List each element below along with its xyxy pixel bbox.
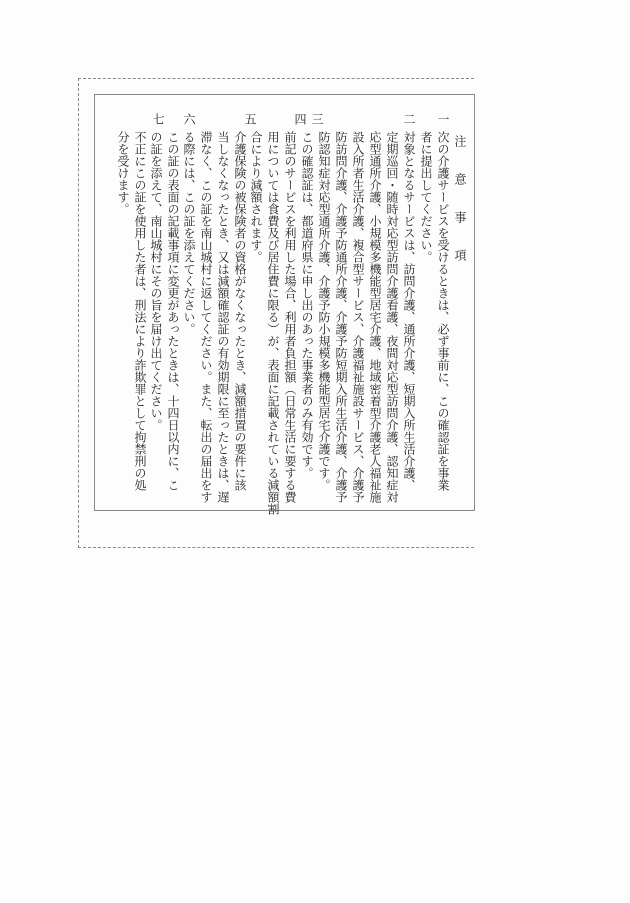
item-1-line-1: 次の介護サービスを受けるときは、必ず事前に、この確認証を事業 [436,131,450,491]
item-2-line-4: 設入所者生活介護、複合型サービス、介護福祉施設サービス、介護予 [351,131,365,503]
notice-box: 注 意 事 項 一 次の介護サービスを受けるときは、必ず事前に、この確認証を事業… [94,94,475,511]
item-7-line-2: 分を受けます。 [116,131,130,215]
item-3-line-1: この確認証は、都道府県に申し出のあった事業者のみ有効です。 [300,131,314,479]
item-4-line-1: 前記のサービスを利用した場合、利用者負担額（日常生活に要する費 [283,131,297,503]
item-numeral-1: 一 [436,113,450,125]
item-numeral-2: 二 [402,113,416,125]
item-2-line-6: 防認知症対応型通所介護、介護予防小規模多機能型居宅介護です。 [317,131,331,491]
item-1-line-2: 者に提出してください。 [419,131,433,263]
item-5-line-1: 介護保険の被保険者の資格がなくなったとき、減額措置の要件に該 [233,131,247,491]
item-7-line-1: 不正にこの証を使用した者は、刑法により詐欺罪として拘禁刑の処 [133,131,147,491]
item-numeral-4: 四 [293,113,307,125]
item-numeral-7: 七 [151,113,165,125]
item-2-line-2: 定期巡回・随時対応型訪問介護看護、夜間対応型訪問介護、認知症対 [385,131,399,503]
item-numeral-3: 三 [310,113,324,125]
item-5-line-2: 当しなくなったとき、又は減額確認証の有効期限に至ったときは、遅 [216,131,230,503]
item-5-line-4: る際には、この証を添えてください。 [182,131,196,335]
notes-section: 注 意 事 項 一 次の介護サービスを受けるときは、必ず事前に、この確認証を事業… [95,95,474,510]
item-4-line-3: 合により減額されます。 [249,131,263,263]
item-6-line-1: この証の表面の記載事項に変更があったときは、十四日以内に、こ [166,131,180,491]
item-numeral-5: 五 [243,113,257,125]
item-numeral-6: 六 [182,113,196,125]
notes-title: 注 意 事 項 [453,135,467,268]
item-2-line-3: 応型通所介護、小規模多機能型居宅介護、地域密着型介護老人福祉施 [368,131,382,503]
item-2-line-5: 防訪問介護、介護予防通所介護、介護予防短期入所生活介護、介護予 [334,131,348,503]
item-6-line-2: の証を添えて、南山城村にその旨を届け出てください。 [149,131,163,431]
item-2-line-1: 対象となるサービスは、訪問介護、通所介護、短期入所生活介護、 [402,131,416,491]
item-5-line-3: 滞なく、この証を南山城村に返してください。また、転出の届出をす [199,131,213,503]
item-4-line-2: 用については食費及び居住費に限る）が、表面に記載されている減額割 [266,131,280,515]
